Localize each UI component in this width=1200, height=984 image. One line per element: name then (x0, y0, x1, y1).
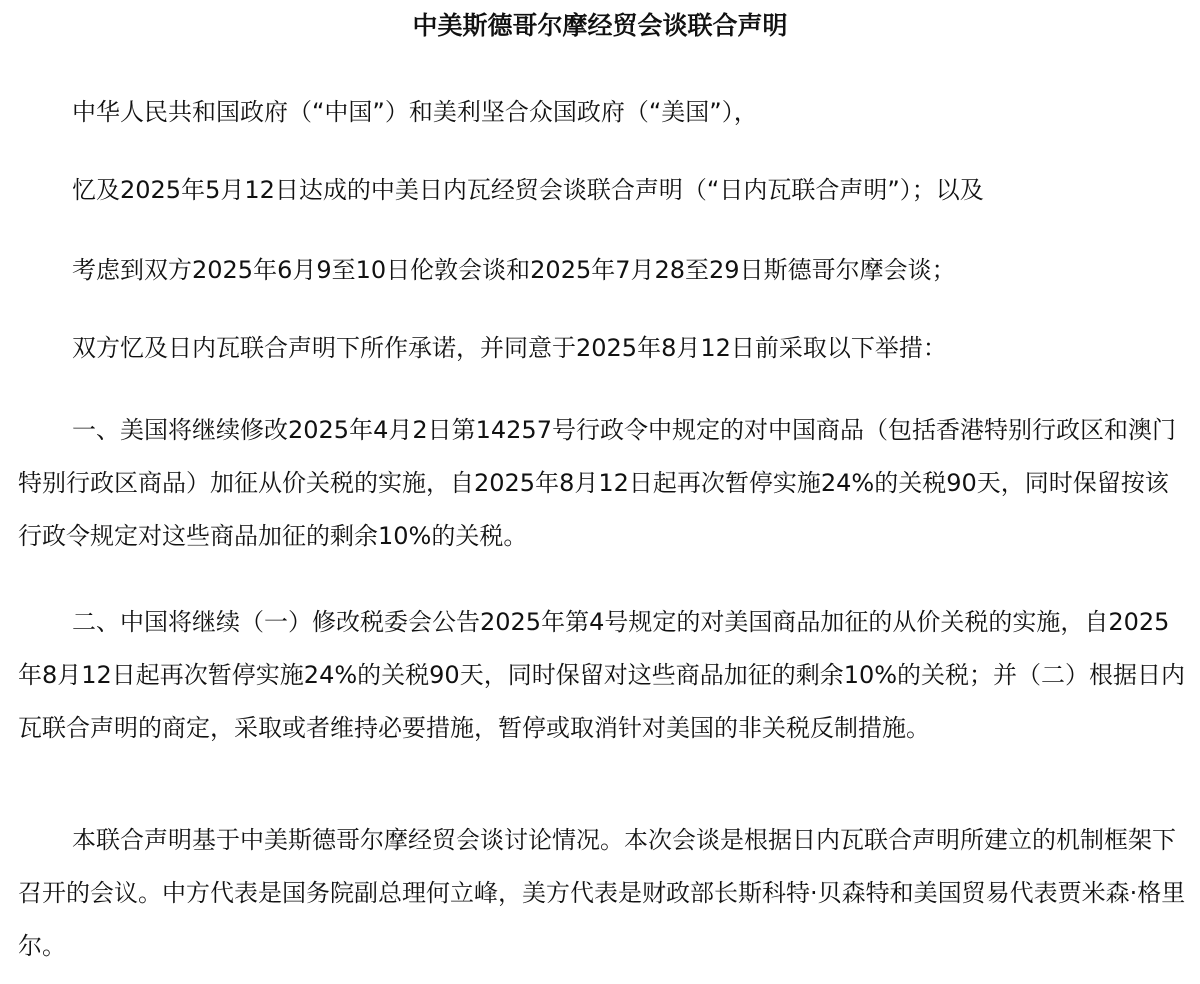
paragraph-commitments: 双方忆及日内瓦联合声明下所作承诺，并同意于2025年8月12日前采取以下举措： (18, 322, 1188, 375)
document-title: 中美斯德哥尔摩经贸会谈联合声明 (0, 8, 1200, 44)
paragraph-closing: 本联合声明基于中美斯德哥尔摩经贸会谈讨论情况。本次会谈是根据日内瓦联合声明所建立… (18, 814, 1188, 973)
paragraph-considering-talks: 考虑到双方2025年6月9至10日伦敦会谈和2025年7月28至29日斯德哥尔摩… (18, 244, 1188, 297)
paragraph-article-2-china: 二、中国将继续（一）修改税委会公告2025年第4号规定的对美国商品加征的从价关税… (18, 596, 1188, 755)
document-page: 中美斯德哥尔摩经贸会谈联合声明 中华人民共和国政府（“中国”）和美利坚合众国政府… (0, 0, 1200, 984)
paragraph-recalling-geneva: 忆及2025年5月12日达成的中美日内瓦经贸会谈联合声明（“日内瓦联合声明”）；… (18, 164, 1188, 217)
paragraph-parties: 中华人民共和国政府（“中国”）和美利坚合众国政府（“美国”）， (18, 86, 1188, 139)
paragraph-article-1-us: 一、美国将继续修改2025年4月2日第14257号行政令中规定的对中国商品（包括… (18, 404, 1188, 563)
